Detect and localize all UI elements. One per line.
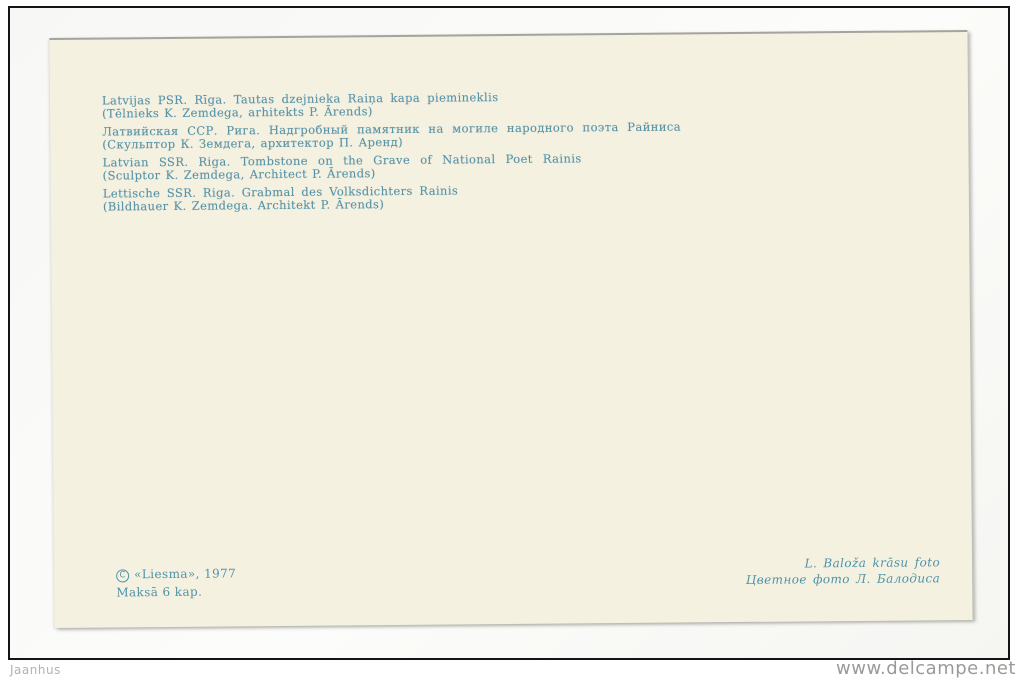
publisher-text: «Liesma», 1977 (134, 566, 236, 581)
scanned-postcard-page: Latvijas PSR. Rīga. Tautas dzejnieka Rai… (0, 0, 1020, 685)
copyright-icon: C (116, 569, 129, 582)
site-watermark: www.delcampe.net (836, 658, 1016, 679)
photo-credit: L. Baloža krāsu foto Цветное фото Л. Бал… (746, 554, 941, 588)
photo-credit-latvian: L. Baloža krāsu foto (746, 554, 940, 572)
scan-border-frame: Latvijas PSR. Rīga. Tautas dzejnieka Rai… (8, 6, 1010, 660)
publisher-imprint: C«Liesma», 1977 Maksā 6 kap. (116, 564, 236, 601)
caption-english: Latvian SSR. Riga. Tombstone on the Grav… (102, 152, 681, 182)
caption-german: Lettische SSR. Riga. Grabmal des Volksdi… (103, 183, 682, 213)
publisher-line: C«Liesma», 1977 (116, 564, 236, 583)
caption-russian: Латвийская ССР. Рига. Надгробный памятни… (102, 121, 681, 151)
caption-block: Latvijas PSR. Rīga. Tautas dzejnieka Rai… (102, 90, 682, 219)
caption-latvian: Latvijas PSR. Rīga. Tautas dzejnieka Rai… (102, 90, 681, 120)
photo-credit-russian: Цветное фото Л. Балодиса (746, 570, 940, 588)
price-line: Maksā 6 kap. (116, 582, 236, 601)
postcard-back: Latvijas PSR. Rīga. Tautas dzejnieka Rai… (49, 30, 972, 628)
seller-watermark: Jaanhus (10, 663, 61, 677)
